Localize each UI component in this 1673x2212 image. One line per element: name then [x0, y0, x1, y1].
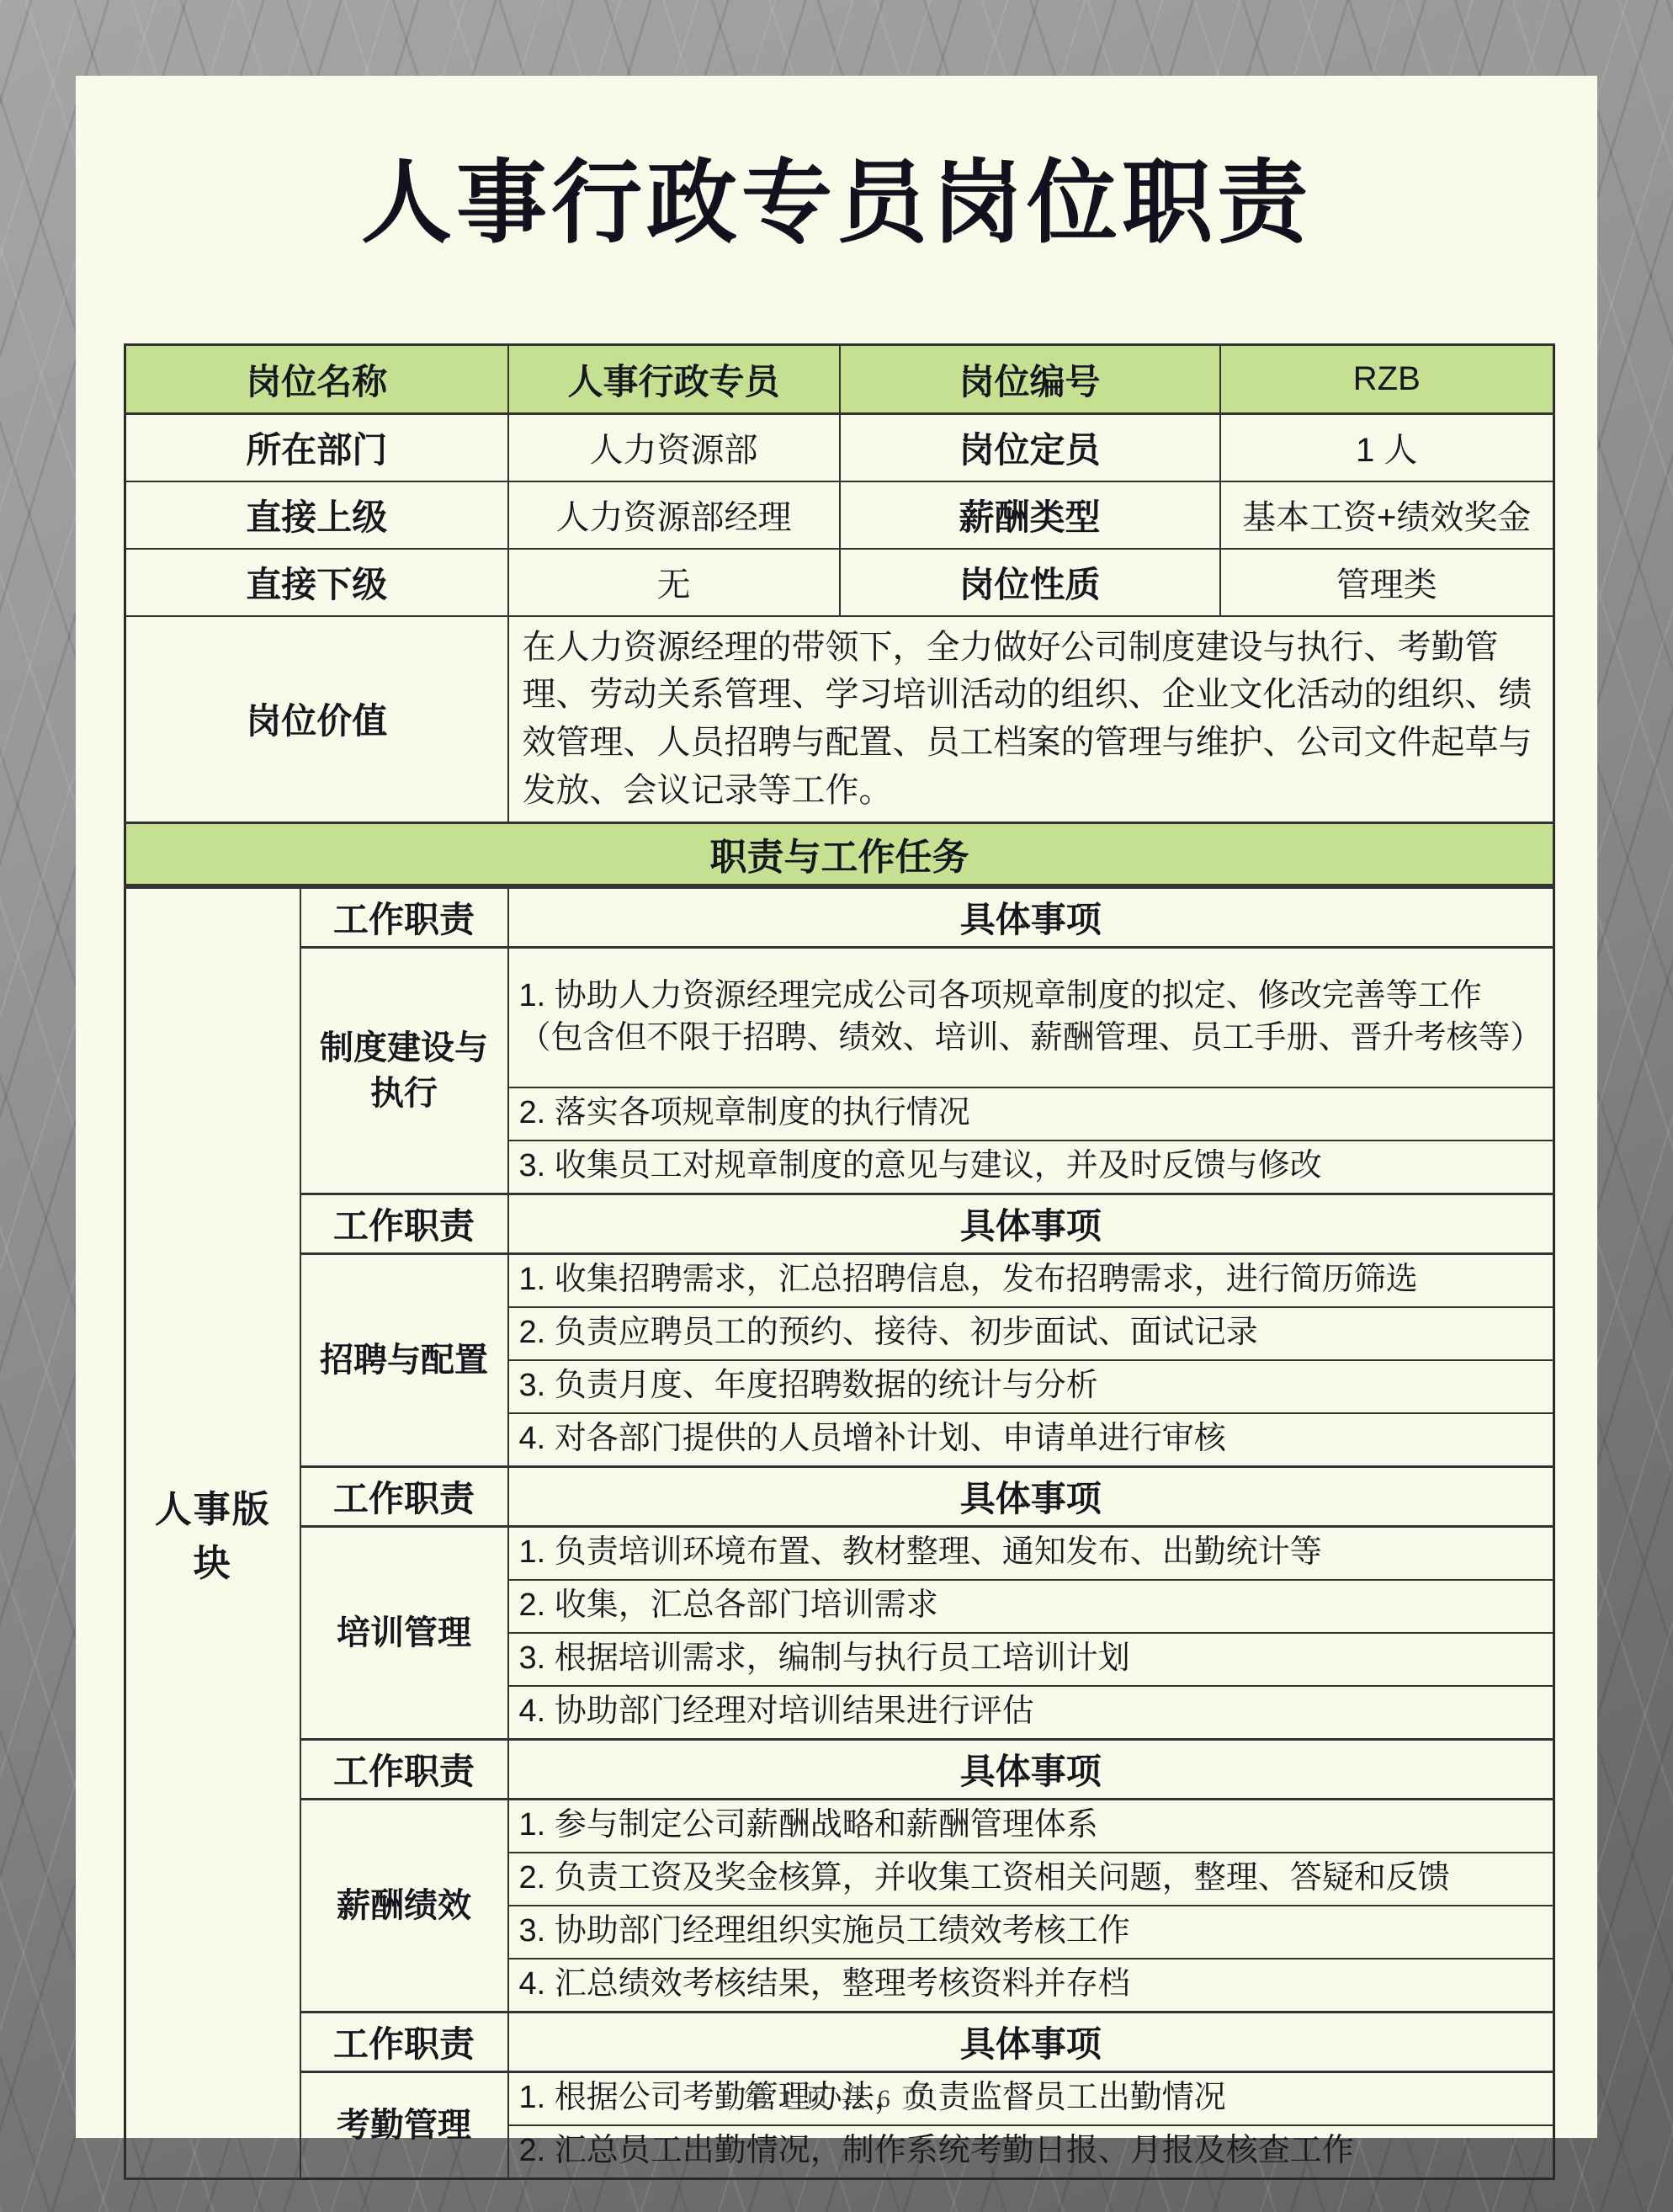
- duty-item-cell: 3. 协助部门经理组织实施员工绩效考核工作: [508, 1906, 1554, 1959]
- section-name-cell: 招聘与配置: [300, 1253, 508, 1466]
- section-name-cell: 培训管理: [300, 1526, 508, 1739]
- table-row: 岗位价值 在人力资源经理的带领下，全力做好公司制度建设与执行、考勤管理、劳动关系…: [125, 616, 1554, 823]
- duty-item-cell: 2. 负责工资及奖金核算，并收集工资相关问题，整理、答疑和反馈: [508, 1853, 1554, 1906]
- duty-item-cell: 2. 负责应聘员工的预约、接待、初步面试、面试记录: [508, 1307, 1554, 1360]
- duty-item-cell: 2. 收集，汇总各部门培训需求: [508, 1580, 1554, 1633]
- duty-header-duty-cell: 工作职责: [300, 887, 508, 947]
- table-row: 招聘与配置 1. 收集招聘需求，汇总招聘信息，发布招聘需求，进行简历筛选: [125, 1253, 1554, 1307]
- duty-item-cell: 4. 对各部门提供的人员增补计划、申请单进行审核: [508, 1413, 1554, 1467]
- duty-item-cell: 3. 负责月度、年度招聘数据的统计与分析: [508, 1360, 1554, 1413]
- page-title: 人事行政专员岗位职责: [76, 130, 1597, 260]
- duty-header-detail-cell: 具体事项: [508, 887, 1554, 947]
- duty-item-cell: 4. 协助部门经理对培训结果进行评估: [508, 1686, 1554, 1740]
- info-value-cell: 基本工资+绩效奖金: [1220, 481, 1554, 549]
- section-name-cell: 薪酬绩效: [300, 1799, 508, 2012]
- module-span-cell: 人事版块: [125, 887, 300, 2178]
- duty-header-detail-cell: 具体事项: [508, 1194, 1554, 1253]
- table-row: 工作职责 具体事项: [125, 1739, 1554, 1799]
- duty-item-cell: 2. 落实各项规章制度的执行情况: [508, 1087, 1554, 1141]
- table-row: 直接上级 人力资源部经理 薪酬类型 基本工资+绩效奖金: [125, 481, 1554, 549]
- duty-header-duty-cell: 工作职责: [300, 1739, 508, 1799]
- info-value-cell: RZB: [1220, 345, 1554, 414]
- duty-item-cell: 1. 协助人力资源经理完成公司各项规章制度的拟定、修改完善等工作（包含但不限于招…: [508, 947, 1554, 1087]
- duty-header-duty-cell: 工作职责: [300, 2012, 508, 2071]
- duty-item-cell: 3. 根据培训需求，编制与执行员工培训计划: [508, 1633, 1554, 1686]
- duty-header-detail-cell: 具体事项: [508, 2012, 1554, 2071]
- duty-header-detail-cell: 具体事项: [508, 1466, 1554, 1526]
- basic-info-table: 岗位名称 人事行政专员 岗位编号 RZB 所在部门 人力资源部 岗位定员 1 人…: [124, 343, 1555, 886]
- info-value-cell: 1 人: [1220, 414, 1554, 481]
- info-label-cell: 岗位价值: [125, 616, 508, 823]
- info-label-cell: 岗位编号: [840, 345, 1220, 414]
- info-label-cell: 岗位性质: [840, 549, 1220, 616]
- table-row: 制度建设与执行 1. 协助人力资源经理完成公司各项规章制度的拟定、修改完善等工作…: [125, 947, 1554, 1087]
- section-name-cell: 制度建设与执行: [300, 947, 508, 1194]
- duty-header-detail-cell: 具体事项: [508, 1739, 1554, 1799]
- info-label-cell: 所在部门: [125, 414, 508, 481]
- duty-item-cell: 1. 负责培训环境布置、教材整理、通知发布、出勤统计等: [508, 1526, 1554, 1580]
- duty-table: 人事版块 工作职责 具体事项 制度建设与执行 1. 协助人力资源经理完成公司各项…: [124, 886, 1555, 2180]
- section-banner-cell: 职责与工作任务: [125, 822, 1554, 885]
- table-row: 职责与工作任务: [125, 822, 1554, 885]
- info-value-cell: 人事行政专员: [508, 345, 840, 414]
- info-label-cell: 薪酬类型: [840, 481, 1220, 549]
- job-description-tables: 岗位名称 人事行政专员 岗位编号 RZB 所在部门 人力资源部 岗位定员 1 人…: [124, 343, 1553, 2180]
- table-row: 培训管理 1. 负责培训环境布置、教材整理、通知发布、出勤统计等: [125, 1526, 1554, 1580]
- info-value-cell: 人力资源部经理: [508, 481, 840, 549]
- info-label-cell: 直接下级: [125, 549, 508, 616]
- info-value-cell: 管理类: [1220, 549, 1554, 616]
- duty-item-cell: 4. 汇总绩效考核结果，整理考核资料并存档: [508, 1959, 1554, 2013]
- table-row: 工作职责 具体事项: [125, 2012, 1554, 2071]
- job-value-text: 在人力资源经理的带领下，全力做好公司制度建设与执行、考勤管理、劳动关系管理、学习…: [508, 616, 1554, 823]
- table-row: 直接下级 无 岗位性质 管理类: [125, 549, 1554, 616]
- info-value-cell: 人力资源部: [508, 414, 840, 481]
- duty-item-cell: 1. 参与制定公司薪酬战略和薪酬管理体系: [508, 1799, 1554, 1853]
- table-row: 工作职责 具体事项: [125, 1466, 1554, 1526]
- duty-header-duty-cell: 工作职责: [300, 1194, 508, 1253]
- document-page: 人事行政专员岗位职责 岗位名称 人事行政专员 岗位编号 RZB 所在部门 人力资…: [76, 76, 1597, 2138]
- table-row: 岗位名称 人事行政专员 岗位编号 RZB: [125, 345, 1554, 414]
- duty-header-duty-cell: 工作职责: [300, 1466, 508, 1526]
- duty-item-cell: 2. 汇总员工出勤情况，制作系统考勤日报、月报及核查工作: [508, 2125, 1554, 2179]
- page-number: 第 1 页 共 6 页: [76, 2077, 1597, 2114]
- info-label-cell: 岗位名称: [125, 345, 508, 414]
- duty-item-cell: 1. 收集招聘需求，汇总招聘信息，发布招聘需求，进行简历筛选: [508, 1253, 1554, 1307]
- table-row: 所在部门 人力资源部 岗位定员 1 人: [125, 414, 1554, 481]
- duty-item-cell: 3. 收集员工对规章制度的意见与建议，并及时反馈与修改: [508, 1141, 1554, 1194]
- info-label-cell: 岗位定员: [840, 414, 1220, 481]
- table-row: 薪酬绩效 1. 参与制定公司薪酬战略和薪酬管理体系: [125, 1799, 1554, 1853]
- info-label-cell: 直接上级: [125, 481, 508, 549]
- table-row: 人事版块 工作职责 具体事项: [125, 887, 1554, 947]
- info-value-cell: 无: [508, 549, 840, 616]
- table-row: 工作职责 具体事项: [125, 1194, 1554, 1253]
